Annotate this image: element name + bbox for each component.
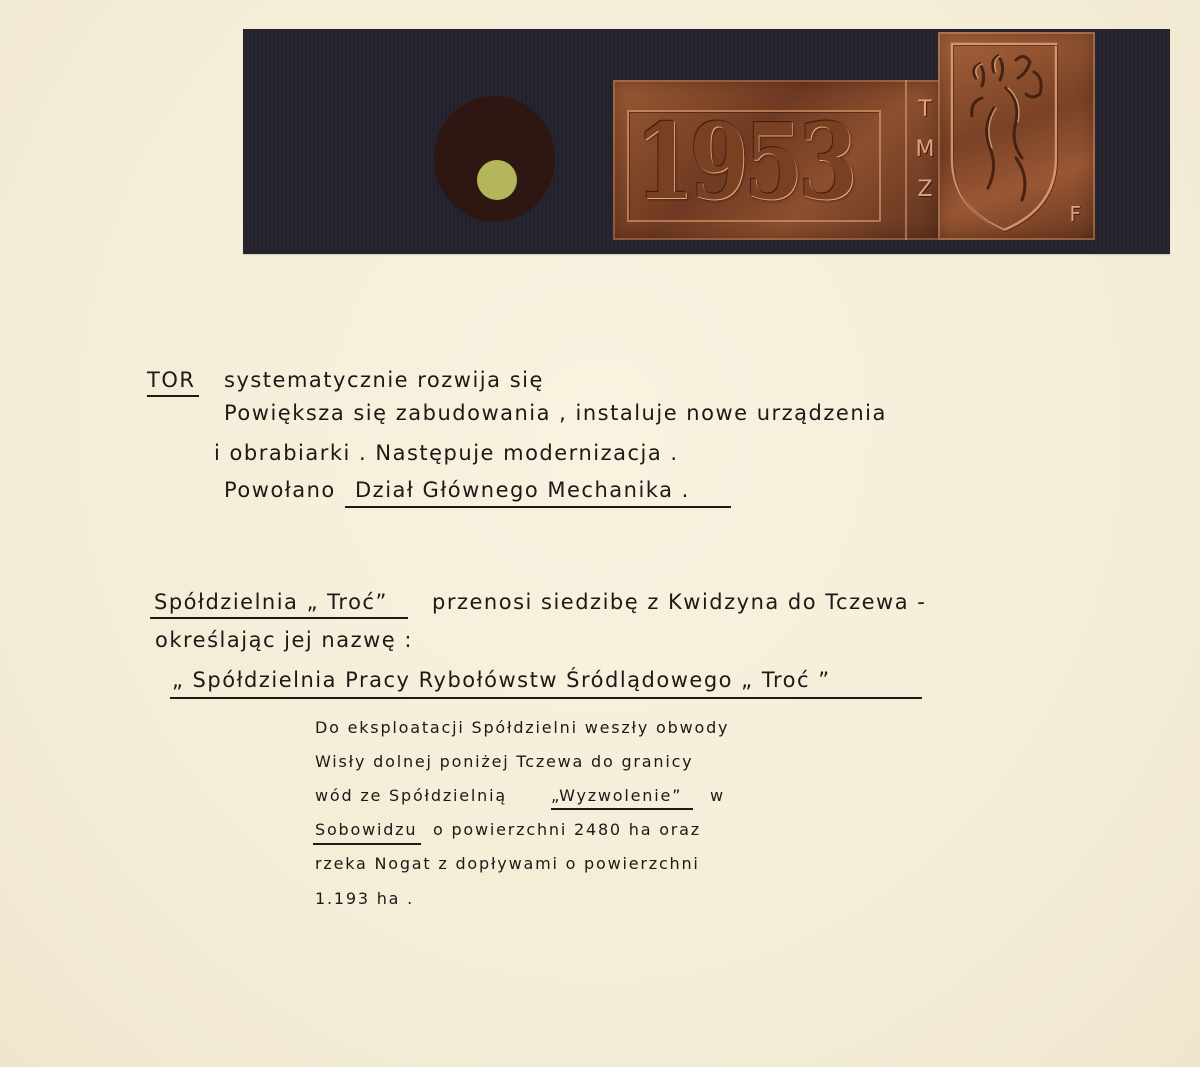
copper-shield-plate: F (938, 32, 1095, 240)
underline-wyzwolenie (551, 808, 693, 810)
section1-line3: i obrabiarki . Następuje modernizacja . (214, 441, 679, 465)
section3-line3-prefix: wód ze Spółdzielnią (315, 786, 507, 805)
year-embossed: 1953 (635, 106, 829, 218)
tor-heading: TOR (147, 368, 199, 397)
shield-letter-f: F (1069, 202, 1081, 226)
section1-line1: systematycznie rozwija się (224, 368, 544, 392)
wyzwolenie-name: „Wyzwolenie” (551, 786, 682, 805)
griffin-shield-icon (946, 38, 1076, 234)
underline-dzial (345, 506, 731, 508)
cooperative-full-name: „ Spółdzielnia Pracy Rybołówstw Śródlądo… (172, 668, 831, 692)
section1-line4-underlined: Dział Głównego Mechanika . (355, 478, 690, 502)
section3-line2: Wisły dolnej poniżej Tczewa do granicy (315, 752, 693, 771)
section3-line1: Do eksploatacji Spółdzielni weszły obwod… (315, 718, 729, 737)
copper-year-plate: 1953 T M Z (613, 80, 941, 240)
section3-line6: 1.193 ha . (315, 889, 414, 908)
brown-disc-emblem (434, 96, 555, 222)
section3-line5: rzeka Nogat z dopływami o powierzchni (315, 854, 700, 873)
green-dot-emblem (477, 160, 517, 200)
underline-full-name (170, 697, 922, 699)
section2-line2: określając jej nazwę : (155, 628, 413, 652)
section2-line1: przenosi siedzibę z Kwidzyna do Tczewa - (432, 590, 926, 614)
section3-line4-rest: o powierzchni 2480 ha oraz (433, 820, 701, 839)
underline-sobowidzu (313, 843, 421, 845)
troc-heading: Spółdzielnia „ Troć” (154, 590, 388, 614)
underline-troc (150, 617, 408, 619)
section3-line3-suffix: w (710, 786, 725, 805)
section1-line4-prefix: Powołano (224, 478, 336, 502)
section1-line2: Powiększa się zabudowania , instaluje no… (224, 401, 887, 425)
sobowidzu-name: Sobowidzu (315, 820, 417, 839)
